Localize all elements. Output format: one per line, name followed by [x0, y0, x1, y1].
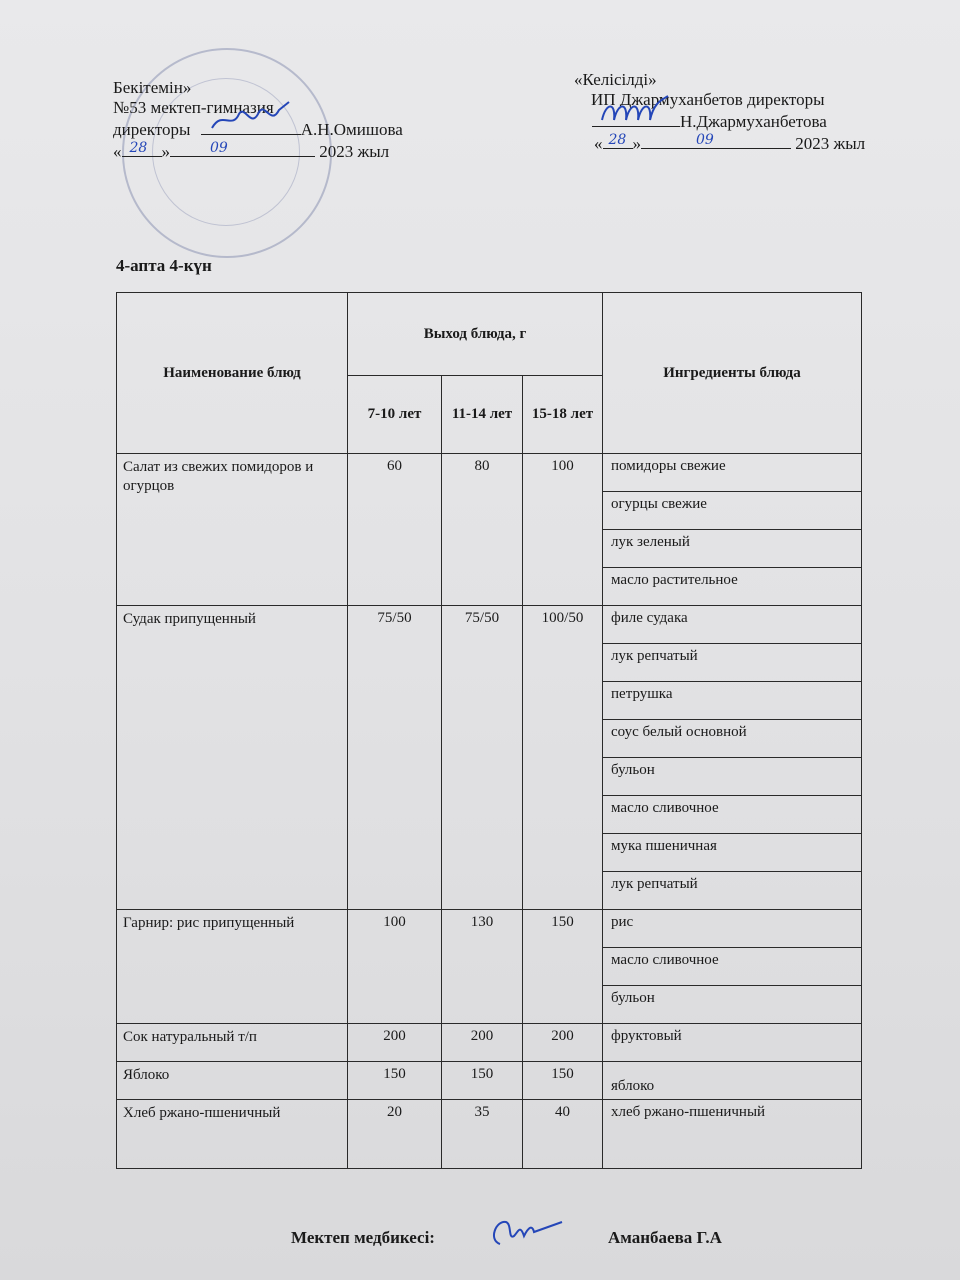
ingredient: фруктовый: [603, 1024, 862, 1062]
quote-close: »: [633, 134, 642, 153]
dish-name: Гарнир: рис припущенный: [117, 910, 348, 1024]
ingredient: масло растительное: [603, 568, 862, 606]
approval-director-line: директоры А.Н.Омишова: [113, 118, 403, 140]
dish-name: Хлеб ржано-пшеничный: [117, 1100, 348, 1169]
agreement-line1: «Келісілді»: [574, 70, 865, 90]
ingredient: рис: [603, 910, 862, 948]
yield-15-18: 40: [523, 1100, 603, 1169]
agreement-signature-line: [592, 110, 680, 127]
yield-15-18: 200: [523, 1024, 603, 1062]
yield-11-14: 75/50: [442, 606, 523, 910]
day-field: 28: [122, 140, 162, 157]
agreement-block: «Келісілді» ИП Джармуханбетов директоры …: [574, 70, 865, 154]
page-title: 4-апта 4-күн: [116, 256, 212, 276]
table-row: Сок натуральный т/п200200200фруктовый: [117, 1024, 862, 1062]
table-row: Судак припущенный75/5075/50100/50филе су…: [117, 606, 862, 644]
header-age-7-10: 7-10 лет: [348, 376, 442, 454]
signature-icon: [207, 100, 297, 136]
header-yield: Выход блюда, г: [348, 293, 603, 376]
yield-15-18: 100: [523, 454, 603, 606]
signature-icon: [596, 94, 676, 128]
ingredient: мука пшеничная: [603, 834, 862, 872]
yield-7-10: 100: [348, 910, 442, 1024]
ingredient: петрушка: [603, 682, 862, 720]
yield-11-14: 150: [442, 1062, 523, 1100]
nurse-label: Мектеп медбикесі:: [291, 1228, 435, 1247]
header-age-11-14: 11-14 лет: [442, 376, 523, 454]
ingredient: огурцы свежие: [603, 492, 862, 530]
ingredient: лук репчатый: [603, 644, 862, 682]
ingredient: хлеб ржано-пшеничный: [603, 1100, 862, 1169]
agreement-day: 28: [609, 130, 627, 150]
quote-open: «: [113, 142, 122, 161]
ingredient: масло сливочное: [603, 796, 862, 834]
approval-director-label: директоры: [113, 120, 190, 139]
approval-month: 09: [210, 138, 228, 158]
ingredient: лук репчатый: [603, 872, 862, 910]
approval-date-line: «28»09 2023 жыл: [113, 140, 403, 162]
ingredient: масло сливочное: [603, 948, 862, 986]
menu-table: Наименование блюд Выход блюда, г Ингреди…: [116, 292, 862, 1169]
yield-7-10: 60: [348, 454, 442, 606]
menu-table-body: Салат из свежих помидоров и огурцов60801…: [117, 454, 862, 1169]
table-row: Салат из свежих помидоров и огурцов60801…: [117, 454, 862, 492]
yield-7-10: 200: [348, 1024, 442, 1062]
dish-name: Салат из свежих помидоров и огурцов: [117, 454, 348, 606]
signature-icon: [486, 1214, 566, 1248]
quote-close: »: [162, 142, 171, 161]
agreement-director-line: Н.Джармуханбетова: [574, 110, 865, 132]
agreement-date-line: «28»09 2023 жыл: [574, 132, 865, 154]
yield-11-14: 200: [442, 1024, 523, 1062]
header-dish-name: Наименование блюд: [117, 293, 348, 454]
ingredient: соус белый основной: [603, 720, 862, 758]
dish-name: Яблоко: [117, 1062, 348, 1100]
nurse-name: Аманбаева Г.А: [608, 1228, 722, 1248]
menu-document: Бекітемін» №53 мектеп-гимназия директоры…: [0, 0, 960, 1280]
approval-line1: Бекітемін»: [113, 78, 403, 98]
approval-director-name: А.Н.Омишова: [301, 120, 403, 139]
agreement-year: 2023 жыл: [795, 134, 865, 153]
header-ingredients: Ингредиенты блюда: [603, 293, 862, 454]
month-field: 09: [170, 140, 315, 157]
yield-15-18: 100/50: [523, 606, 603, 910]
dish-name: Судак припущенный: [117, 606, 348, 910]
ingredient: бульон: [603, 986, 862, 1024]
table-row: Гарнир: рис припущенный100130150рис: [117, 910, 862, 948]
agreement-director-name: Н.Джармуханбетова: [680, 112, 827, 131]
footer: Мектеп медбикесі: Аманбаева Г.А: [291, 1228, 435, 1248]
approval-signature-line: [201, 118, 301, 135]
ingredient: помидоры свежие: [603, 454, 862, 492]
yield-7-10: 20: [348, 1100, 442, 1169]
table-row: Хлеб ржано-пшеничный203540хлеб ржано-пше…: [117, 1100, 862, 1169]
ingredient: лук зеленый: [603, 530, 862, 568]
yield-15-18: 150: [523, 910, 603, 1024]
day-field: 28: [603, 132, 633, 149]
quote-open: «: [594, 134, 603, 153]
month-field: 09: [641, 132, 791, 149]
ingredient: филе судака: [603, 606, 862, 644]
yield-11-14: 35: [442, 1100, 523, 1169]
approval-block: Бекітемін» №53 мектеп-гимназия директоры…: [113, 78, 403, 162]
yield-11-14: 130: [442, 910, 523, 1024]
ingredient: яблоко: [603, 1062, 862, 1100]
table-row: Яблоко150150150яблоко: [117, 1062, 862, 1100]
yield-15-18: 150: [523, 1062, 603, 1100]
yield-7-10: 75/50: [348, 606, 442, 910]
ingredient: бульон: [603, 758, 862, 796]
approval-day: 28: [130, 138, 148, 158]
yield-7-10: 150: [348, 1062, 442, 1100]
header-age-15-18: 15-18 лет: [523, 376, 603, 454]
dish-name: Сок натуральный т/п: [117, 1024, 348, 1062]
yield-11-14: 80: [442, 454, 523, 606]
agreement-month: 09: [696, 130, 714, 150]
approval-year: 2023 жыл: [319, 142, 389, 161]
